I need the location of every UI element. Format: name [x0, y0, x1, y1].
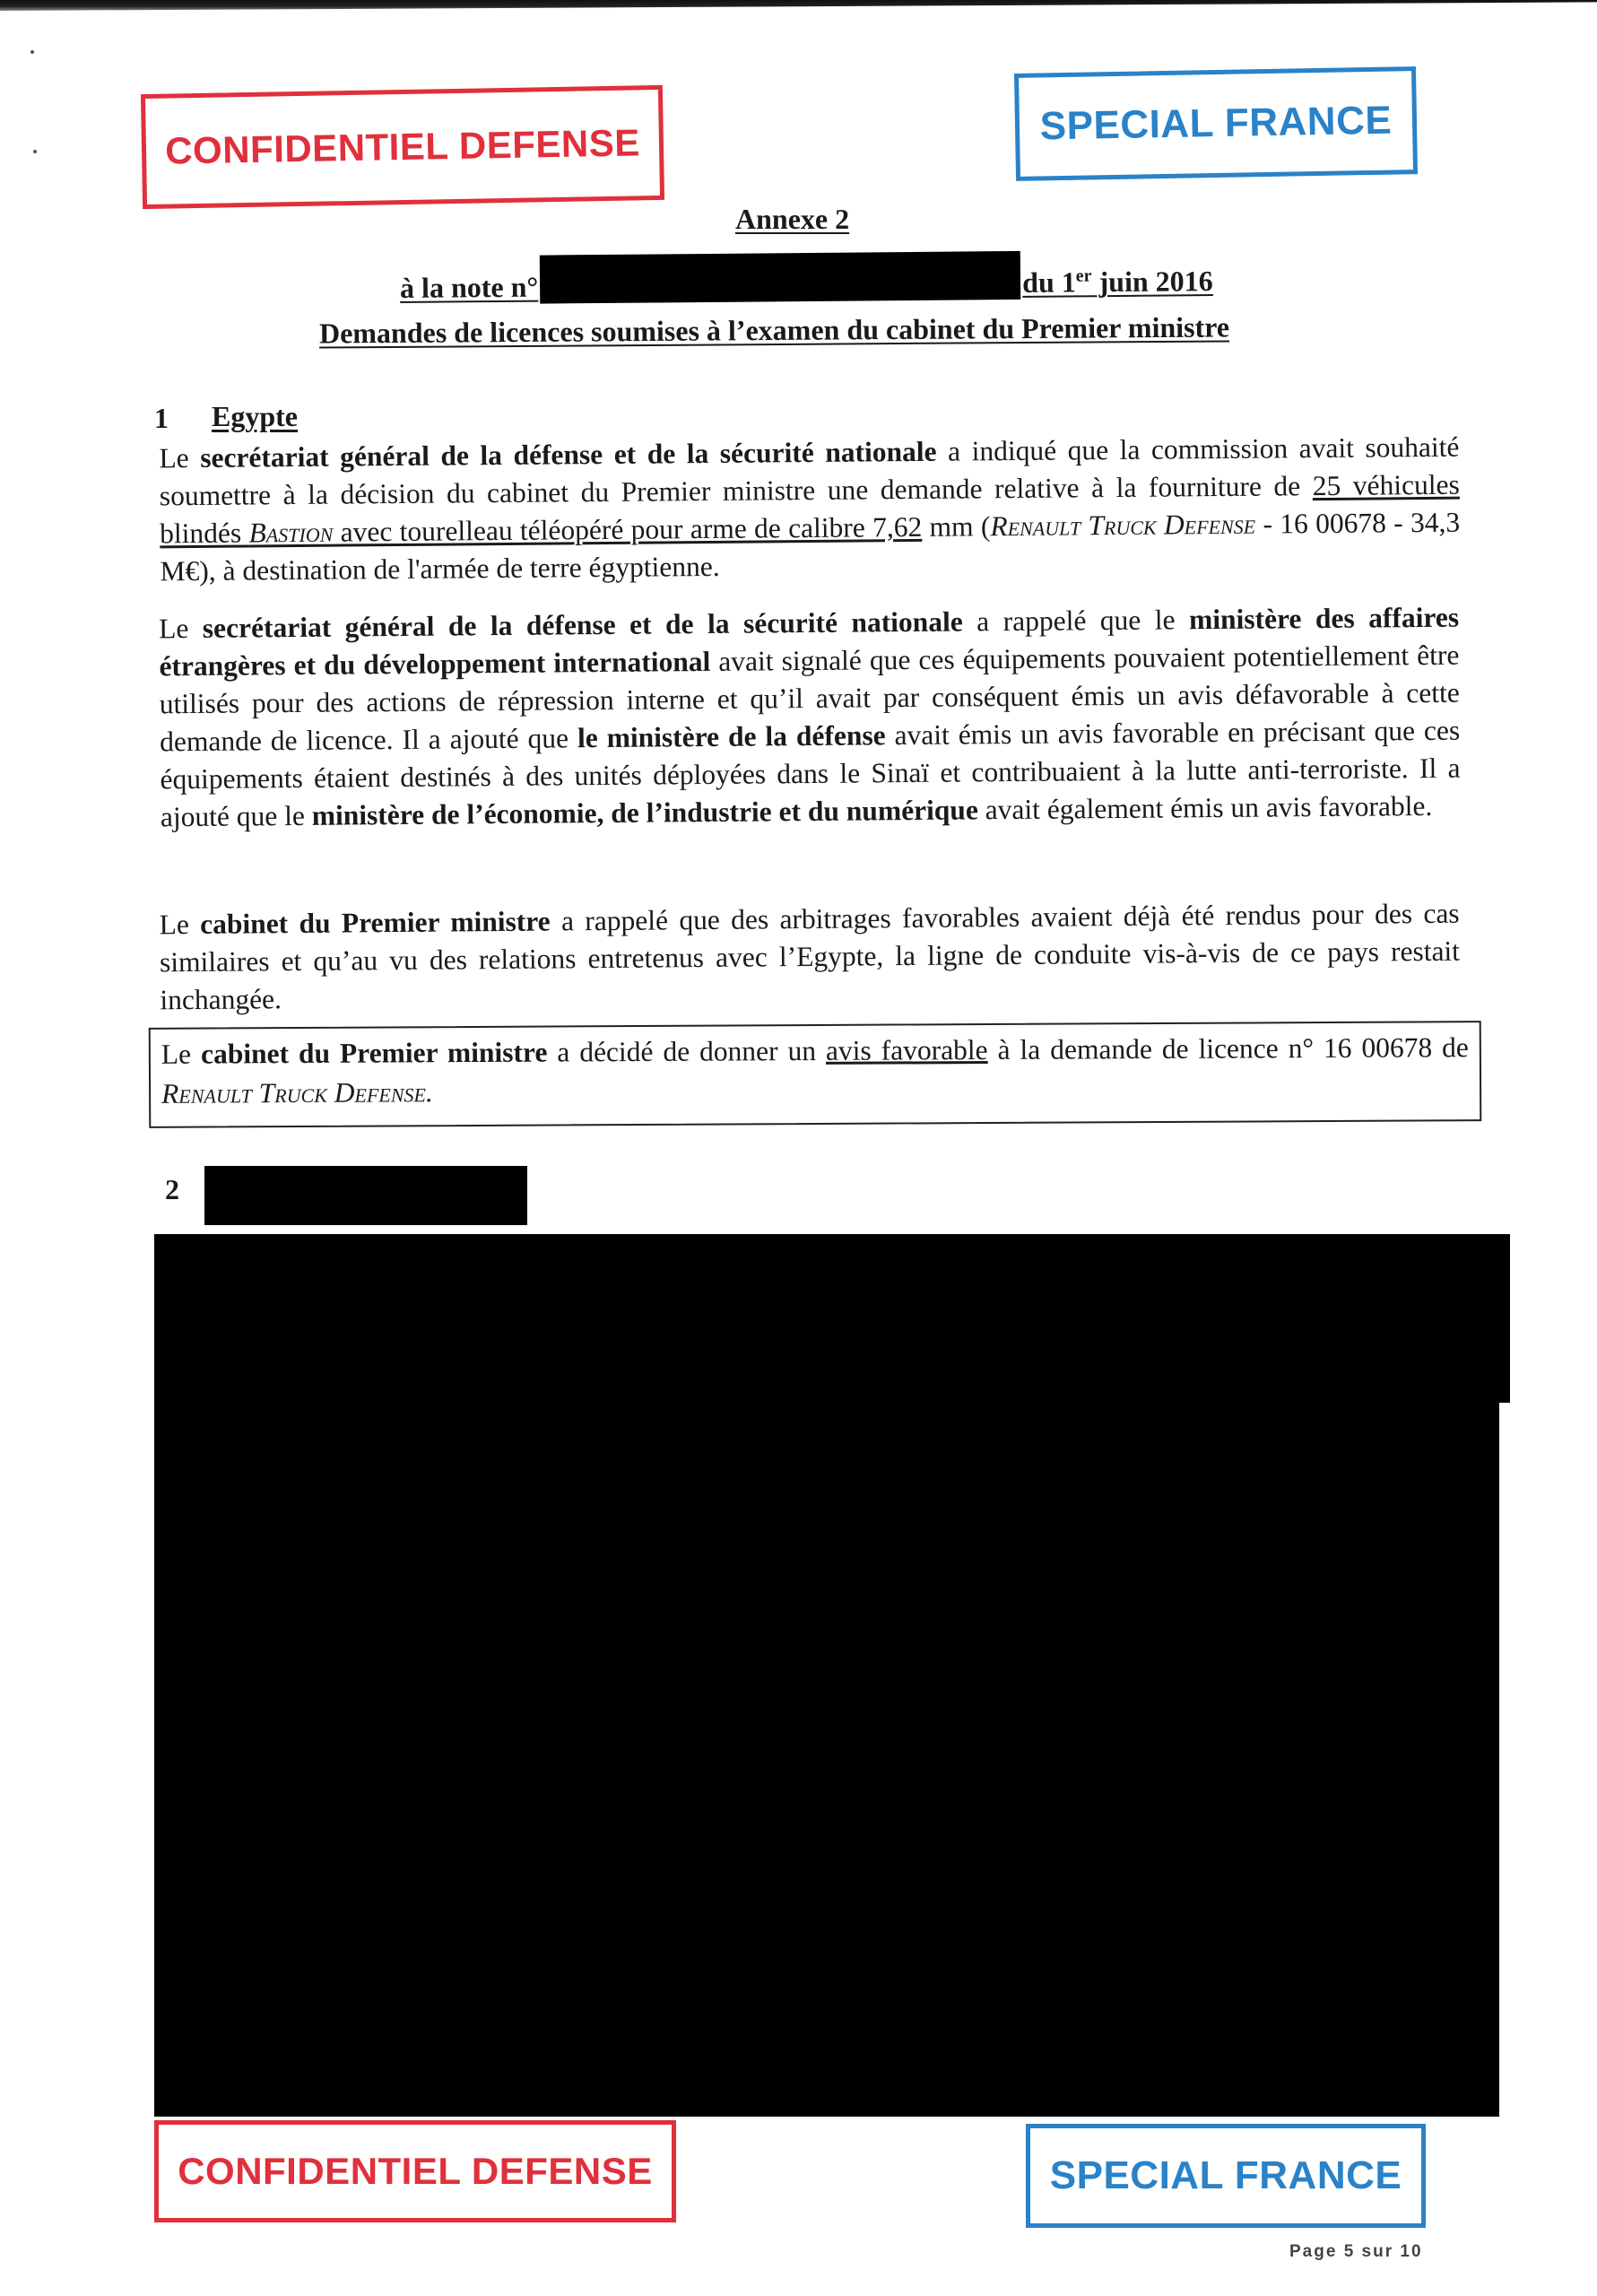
page-number: Page 5 sur 10: [1289, 2242, 1423, 2262]
caveat-stamp-bottom: SPECIAL FRANCE: [1026, 2124, 1426, 2228]
scan-speck: [33, 150, 37, 153]
text: Le: [159, 442, 200, 474]
bold-entity: secrétariat général de la défense et de …: [203, 606, 963, 644]
section-1-number: 1: [154, 402, 169, 435]
company-name: Renault Truck Defense.: [161, 1076, 433, 1109]
text: à la demande de licence n° 16 00678 de: [988, 1031, 1469, 1065]
note-reference: à la note n° du 1er juin 2016: [400, 249, 1213, 305]
date-sup: er: [1076, 266, 1092, 286]
classification-stamp-bottom: CONFIDENTIEL DEFENSE: [154, 2120, 676, 2222]
date-prefix: du 1: [1022, 265, 1076, 299]
text: Le: [160, 909, 201, 940]
text: avec tourelleau téléopéré pour arme de c…: [333, 511, 922, 548]
text: a rappelé que le: [963, 604, 1190, 637]
scan-speck: [30, 50, 34, 54]
text: Le: [159, 613, 203, 644]
section-1-paragraph-1: Le secrétariat général de la défense et …: [159, 429, 1460, 591]
section-1-title: Egypte: [212, 400, 298, 433]
decision-outcome: avis favorable: [826, 1034, 988, 1066]
section-2-number: 2: [165, 1173, 179, 1206]
text: a décidé de donner un: [547, 1035, 826, 1068]
note-prefix: à la note n°: [400, 271, 538, 305]
document-subtitle: Demandes de licences soumises à l’examen…: [319, 310, 1229, 350]
section-1-paragraph-3: Le cabinet du Premier ministre a rappelé…: [159, 895, 1460, 1020]
text: avait également émis un avis favorable.: [978, 790, 1433, 825]
product-name: Bastion: [248, 517, 333, 549]
bold-entity: le ministère de la défense: [577, 719, 886, 753]
bold-entity: ministère de l’économie, de l’industrie …: [312, 794, 978, 831]
redacted-section-2-body-top: [154, 1234, 1510, 1403]
company-name: Renault Truck Defense: [990, 509, 1255, 543]
bold-entity: secrétariat général de la défense et de …: [200, 436, 937, 474]
caveat-stamp-top: SPECIAL FRANCE: [1014, 66, 1418, 181]
annex-title: Annexe 2: [735, 203, 849, 236]
decision-box: Le cabinet du Premier ministre a décidé …: [149, 1021, 1482, 1128]
section-1-paragraph-2: Le secrétariat général de la défense et …: [159, 599, 1461, 837]
redacted-note-number: [540, 251, 1020, 304]
scan-edge: [0, 0, 1597, 11]
redacted-section-2-body: [154, 1399, 1499, 2117]
bold-entity: cabinet du Premier ministre: [201, 1037, 548, 1070]
date-suffix: juin 2016: [1091, 265, 1212, 298]
text: mm (: [922, 510, 990, 543]
note-date: du 1er juin 2016: [1022, 265, 1213, 300]
classification-stamp-top: CONFIDENTIEL DEFENSE: [141, 85, 664, 209]
text: Le: [161, 1039, 201, 1070]
bold-entity: cabinet du Premier ministre: [200, 906, 551, 940]
redacted-section-2-title: [204, 1166, 527, 1225]
